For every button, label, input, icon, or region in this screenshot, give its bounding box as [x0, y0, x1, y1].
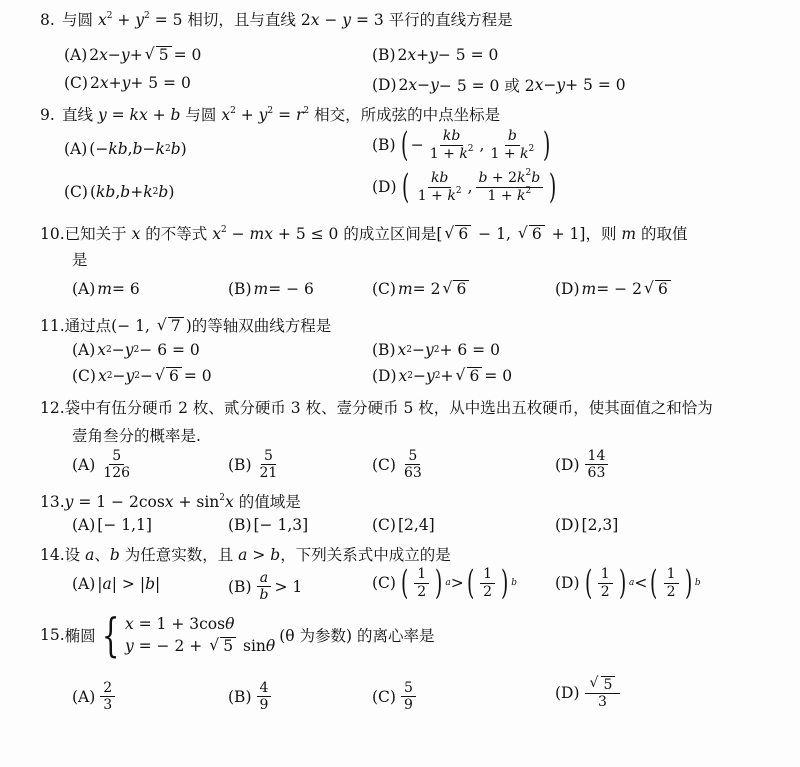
option-c[interactable]: (C)2x + y + 5 = 0	[64, 74, 191, 92]
option-b[interactable]: (B)521	[228, 448, 283, 481]
option-c[interactable]: (C)(12)a > (12)b	[372, 566, 517, 600]
option-d[interactable]: (D)x2 − y2 + 6 = 0	[372, 367, 512, 386]
question-stem-continued: 是	[72, 248, 88, 270]
option-b[interactable]: (B)ab> 1	[228, 570, 302, 603]
brace-symbol: {	[102, 612, 120, 658]
question-stem: 15. 椭圆 { x = 1 + 3cosθ y = − 2 + 5 sinθ …	[40, 612, 435, 658]
question-stem: 10.已知关于 x 的不等式 x2 − mx + 5 ≤ 0 的成立区间是[6 …	[40, 222, 688, 244]
option-c[interactable]: (C)(kb, b + k2b)	[64, 183, 174, 201]
question-stem-continued: 壹角叁分的概率是.	[72, 424, 201, 446]
option-c[interactable]: (C)[2,4]	[372, 516, 435, 534]
option-b[interactable]: (B)x2 − y2 + 6 = 0	[372, 341, 500, 359]
option-a[interactable]: (A)|a| > |b|	[72, 575, 160, 593]
question-stem: 9.直线 y = kx + b 与圆 x2 + y2 = r2 相交，所成弦的中…	[40, 103, 500, 125]
sqrt-symbol: 5	[145, 46, 172, 65]
option-a[interactable]: (A)m = 6	[72, 280, 140, 298]
question-stem: 14.设 a、b 为任意实数，且 a > b，下列关系式中成立的是	[40, 543, 451, 565]
parametric-system: x = 1 + 3cosθ y = − 2 + 5 sinθ	[125, 613, 275, 657]
option-a[interactable]: (A)2x − y + 5 = 0	[64, 46, 201, 65]
option-a[interactable]: (A)[− 1,1]	[72, 516, 152, 534]
question-stem: 11.通过点(− 1, 7)的等轴双曲线方程是	[40, 314, 331, 336]
question-stem: 12.袋中有伍分硬币 2 枚、贰分硬币 3 枚、壹分硬币 5 枚，从中选出五枚硬…	[40, 396, 713, 418]
option-b[interactable]: (B)m = − 6	[228, 280, 314, 298]
option-d[interactable]: (D)m = − 2 6	[555, 280, 673, 299]
question-stem: 8.与圆 x2 + y2 = 5 相切，且与直线 2x − y = 3 平行的直…	[40, 8, 513, 30]
option-a[interactable]: (A)5126	[72, 448, 136, 481]
option-b[interactable]: (B)49	[228, 680, 274, 713]
option-b[interactable]: (B)( − kb1 + k2,b1 + k2)	[372, 128, 554, 162]
option-a[interactable]: (A)23	[72, 680, 118, 713]
option-c[interactable]: (C)m = 2 6	[372, 280, 471, 299]
option-a[interactable]: (A)(− kb, b − k2b)	[64, 140, 187, 158]
option-d[interactable]: (D)(12)a < (12)b	[555, 566, 701, 600]
option-c[interactable]: (C)x2 − y2 − 6 = 0	[72, 367, 212, 386]
option-c[interactable]: (C)59	[372, 680, 419, 713]
option-c[interactable]: (C)563	[372, 448, 428, 481]
option-d[interactable]: (D)[2,3]	[555, 516, 618, 534]
option-b[interactable]: (B)[− 1,3]	[228, 516, 308, 534]
question-stem: 13.y = 1 − 2cosx + sin2x 的值域是	[40, 490, 301, 512]
option-d[interactable]: (D)(kb1 + k2,b + 2k2b1 + k2)	[372, 170, 559, 204]
option-a[interactable]: (A)x2 − y2 − 6 = 0	[72, 341, 200, 359]
option-d[interactable]: (D)53	[555, 676, 623, 710]
option-d[interactable]: (D)1463	[555, 448, 611, 481]
option-b[interactable]: (B)2x + y − 5 = 0	[372, 46, 498, 64]
option-d[interactable]: (D)2x − y − 5 = 0 或 2x − y + 5 = 0	[372, 74, 626, 96]
